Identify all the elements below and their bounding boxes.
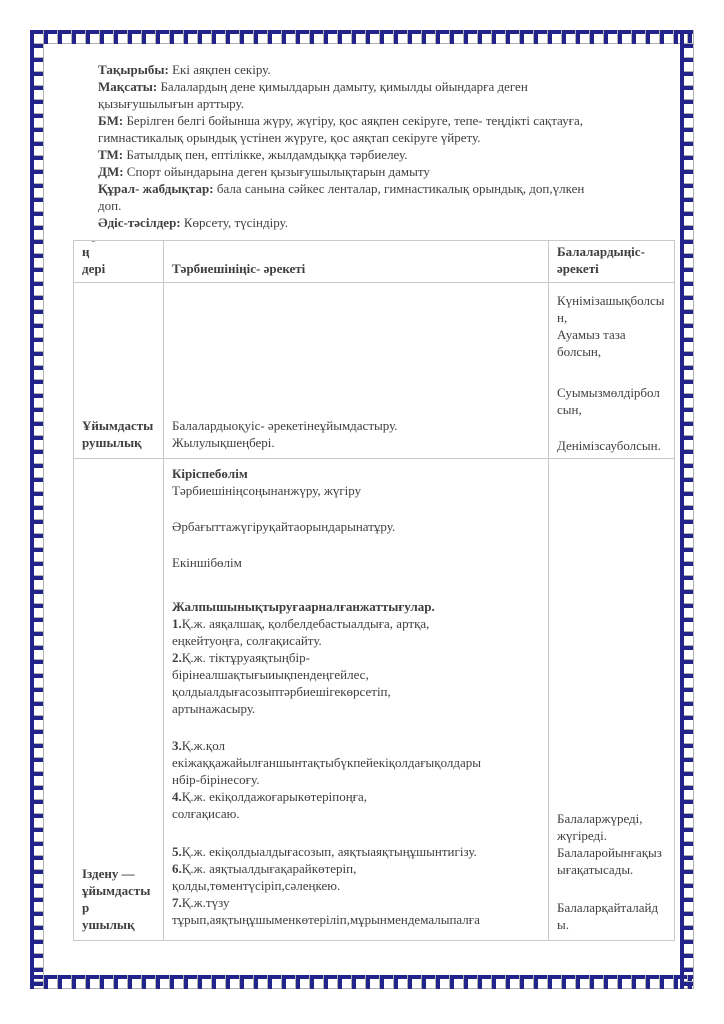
- intro-topic: Тақырыбы: Екі аяқпен секіру.: [98, 61, 650, 78]
- row1-teacher-text: Балалардыоқуіс- әрекетінеұйымдастыру. Жы…: [172, 417, 540, 451]
- exercise-item-2: 2.Қ.ж. тіктұруаяқтыңбір- бірінеалшақтығы…: [172, 649, 540, 717]
- running-directions-text: Әрбағыттажүгіруқайтаорындарынатұру.: [172, 518, 540, 535]
- exercise-item-5: 5.Қ.ж. екіқолдыалдығасозып, аяқтыаяқтыңұ…: [172, 843, 540, 860]
- column-header-teacher-label: Тәрбиешініңіс- әрекеті: [172, 260, 540, 277]
- row1-stage-cell: Ұйымдасты рушылық: [74, 283, 164, 459]
- exercise-text-6: Қ.ж. аяқтыалдығақарайкөтеріп, қолды,төме…: [172, 861, 356, 893]
- exercise-text-1: Қ.ж. аяқалшақ, қолбелдебастыалдыға, артқ…: [172, 616, 429, 648]
- intro-methods-label: Әдіс-тәсілдер:: [98, 215, 181, 230]
- lesson-plan-table: Әрекеткезең дері Тәрбиешініңіс- әрекеті …: [73, 240, 675, 941]
- exercise-number-7: 7.: [172, 895, 182, 910]
- exercise-item-3: 3.Қ.ж.қол екіжаққажайылғаншынтақтыбүкпей…: [172, 737, 540, 788]
- row1-children-cell: Күнімізашықболсы н, Ауамыз таза болсын, …: [549, 283, 675, 459]
- exercise-number-5: 5.: [172, 844, 182, 859]
- intro-equipment-label: Құрал- жабдықтар:: [98, 181, 214, 196]
- exercise-text-4: Қ.ж. екіқолдажоғарыкөтеріпоңға, солғақис…: [172, 789, 367, 821]
- exercise-number-1: 1.: [172, 616, 182, 631]
- exercises-heading: Жалпышынықтыруғаарналғанжаттығулар.: [172, 598, 540, 615]
- intro-topic-text: Екі аяқпен секіру.: [169, 62, 271, 77]
- row2-stage-text: Іздену — ұйымдастыр ушылық: [82, 865, 155, 933]
- row2-stage-cell: Іздену — ұйымдастыр ушылық: [74, 459, 164, 941]
- intro-topic-label: Тақырыбы:: [98, 62, 169, 77]
- column-header-teacher-action: Тәрбиешініңіс- әрекеті: [164, 241, 549, 283]
- second-part-heading: Екіншібөлім: [172, 554, 540, 571]
- intro-goal-text: Балалардың дене қимылдарын дамыту, қимыл…: [98, 79, 528, 111]
- intro-tm-label: ТМ:: [98, 147, 123, 162]
- intro-part-text: Тәрбиешініңсоңынанжүру, жүгіру: [172, 482, 540, 499]
- exercise-number-6: 6.: [172, 861, 182, 876]
- decorative-border-right: [680, 30, 694, 989]
- intro-section: Тақырыбы: Екі аяқпен секіру. Мақсаты: Ба…: [98, 61, 650, 231]
- intro-bm-label: БМ:: [98, 113, 123, 128]
- exercise-text-7: Қ.ж.түзу тұрып,аяқтыңұшыменкөтеріліп,мұр…: [172, 895, 480, 927]
- intro-equipment: Құрал- жабдықтар: бала санына сәйкес лен…: [98, 180, 650, 214]
- intro-tm: ТМ: Батылдық пен, ептілікке, жылдамдыққа…: [98, 146, 650, 163]
- decorative-border-bottom: [30, 975, 694, 989]
- row2-children-cell: Балаларжүреді, жүгіреді. Балаларойынғақы…: [549, 459, 675, 941]
- exercise-item-6: 6.Қ.ж. аяқтыалдығақарайкөтеріп, қолды,тө…: [172, 860, 540, 894]
- row1-stage-text: Ұйымдасты рушылық: [82, 417, 155, 451]
- exercise-text-3: Қ.ж.қол екіжаққажайылғаншынтақтыбүкпейек…: [172, 738, 481, 787]
- exercise-item-4: 4.Қ.ж. екіқолдажоғарыкөтеріпоңға, солғақ…: [172, 788, 540, 822]
- intro-dm: ДМ: Спорт ойындарына деген қызығушылықта…: [98, 163, 650, 180]
- column-header-stage: Әрекеткезең дері: [74, 241, 164, 283]
- column-header-stage-label: Әрекеткезең дері: [82, 241, 155, 277]
- exercise-text-2: Қ.ж. тіктұруаяқтыңбір- бірінеалшақтығыиы…: [172, 650, 391, 716]
- decorative-border-top: [30, 30, 694, 44]
- intro-part-heading: Кіріспебөлім: [172, 465, 540, 482]
- row1-children-greeting-1: Күнімізашықболсы н, Ауамыз таза болсын,: [557, 292, 666, 360]
- intro-bm-text: Берілген белгі бойынша жүру, жүгіру, қос…: [98, 113, 583, 145]
- exercise-number-3: 3.: [172, 738, 182, 753]
- row2-teacher-cell: Кіріспебөлім Тәрбиешініңсоңынанжүру, жүг…: [164, 459, 549, 941]
- exercise-item-1: 1.Қ.ж. аяқалшақ, қолбелдебастыалдыға, ар…: [172, 615, 540, 649]
- intro-dm-text: Спорт ойындарына деген қызығушылықтарын …: [124, 164, 430, 179]
- row1-children-greeting-2: Суымызмөлдірбол сын,: [557, 384, 666, 418]
- row2-children-response-2: Балаларқайталайд ы.: [557, 899, 666, 933]
- row2-children-response-1: Балаларжүреді, жүгіреді. Балаларойынғақы…: [557, 810, 666, 878]
- intro-bm: БМ: Берілген белгі бойынша жүру, жүгіру,…: [98, 112, 650, 146]
- exercise-text-5: Қ.ж. екіқолдыалдығасозып, аяқтыаяқтыңұшы…: [182, 844, 477, 859]
- intro-methods: Әдіс-тәсілдер: Көрсету, түсіндіру.: [98, 214, 650, 231]
- exercise-item-7: 7.Қ.ж.түзу тұрып,аяқтыңұшыменкөтеріліп,м…: [172, 894, 540, 928]
- intro-dm-label: ДМ:: [98, 164, 124, 179]
- intro-methods-text: Көрсету, түсіндіру.: [181, 215, 288, 230]
- intro-tm-text: Батылдық пен, ептілікке, жылдамдыққа тәр…: [123, 147, 407, 162]
- decorative-border-left: [30, 30, 44, 989]
- exercise-number-4: 4.: [172, 789, 182, 804]
- row1-teacher-cell: Балалардыоқуіс- әрекетінеұйымдастыру. Жы…: [164, 283, 549, 459]
- column-header-children-action: Балалардыңіс- әрекеті: [549, 241, 675, 283]
- exercise-number-2: 2.: [172, 650, 182, 665]
- row1-children-greeting-3: Денімізсауболсын.: [557, 437, 666, 454]
- intro-goal: Мақсаты: Балалардың дене қимылдарын дамы…: [98, 78, 650, 112]
- intro-goal-label: Мақсаты:: [98, 79, 157, 94]
- column-header-children-label: Балалардыңіс- әрекеті: [557, 243, 666, 277]
- document-page: { "colors": { "border_navy": "#23238c", …: [0, 0, 724, 1024]
